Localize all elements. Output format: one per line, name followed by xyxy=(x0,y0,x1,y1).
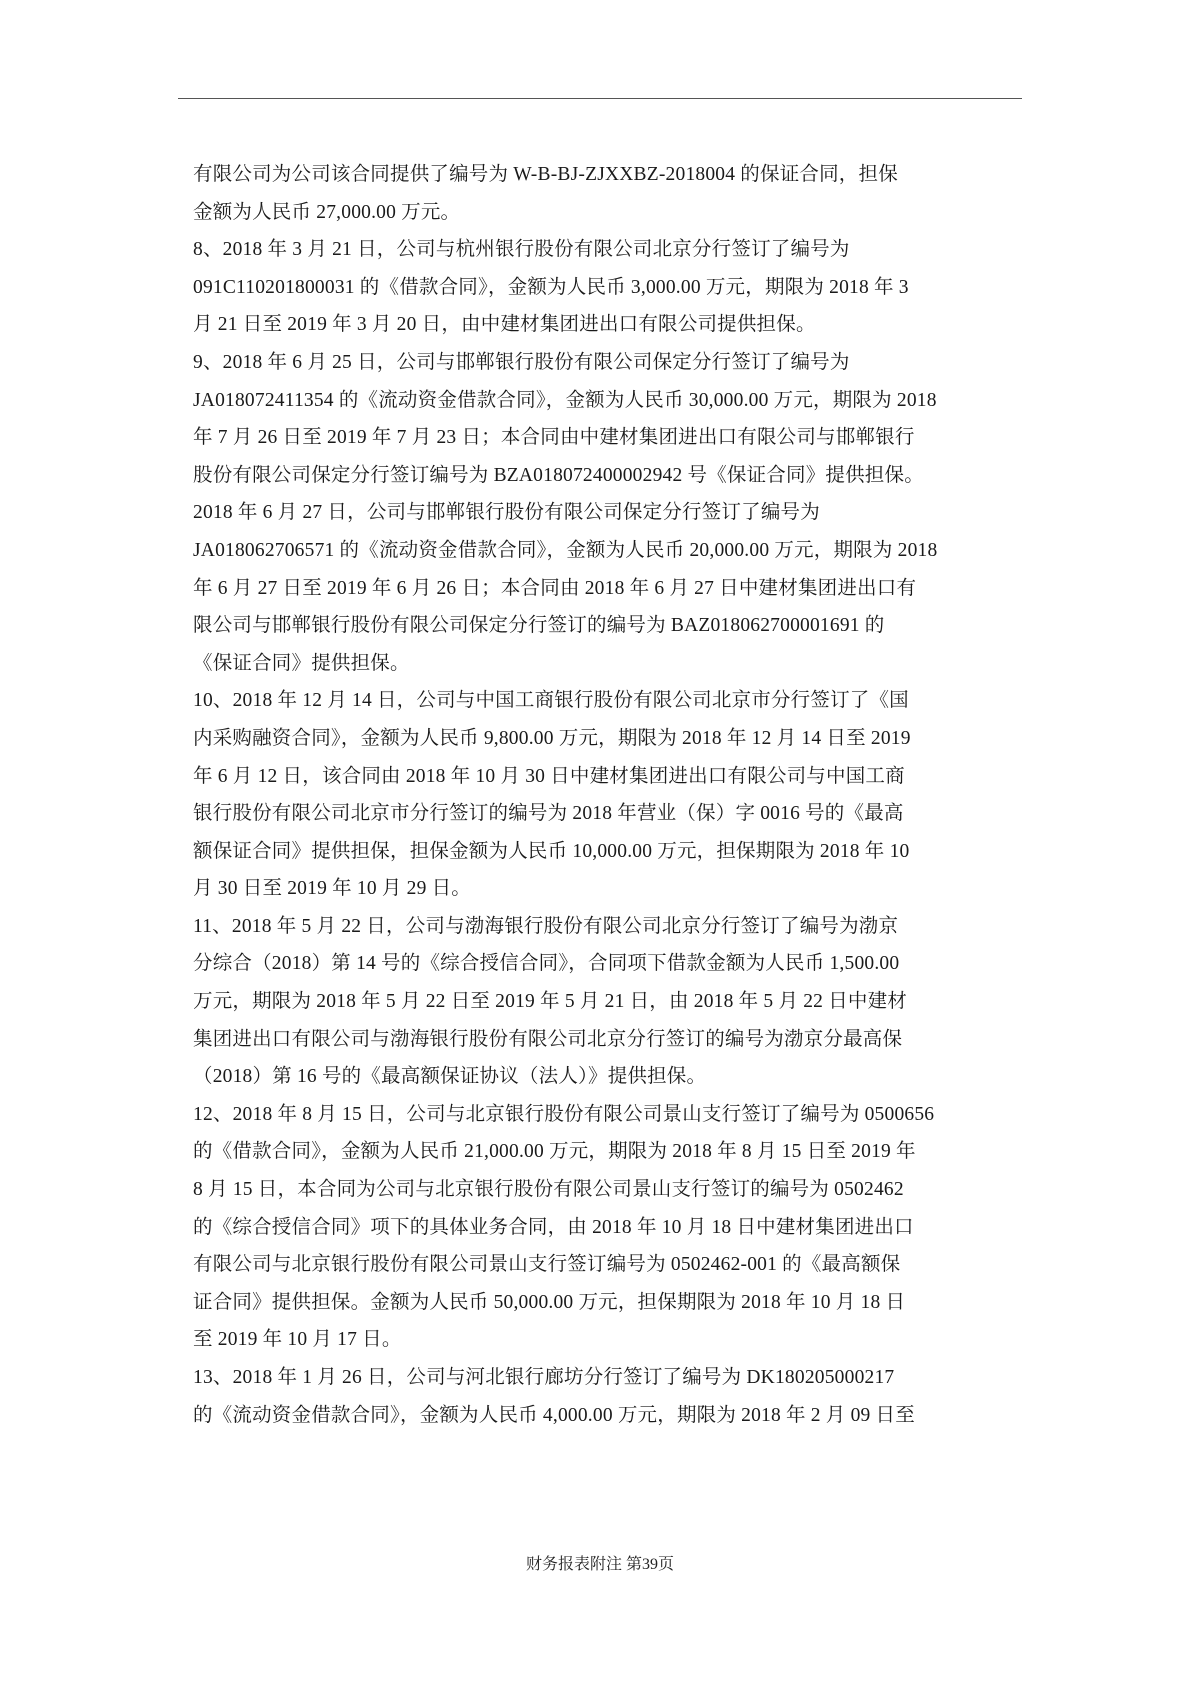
item-13-start: 13、2018 年 1 月 26 日，公司与河北银行廊坊分行签订了编号为 DK1… xyxy=(193,1359,1019,1397)
text-line: 2018 年 6 月 27 日，公司与邯郸银行股份有限公司保定分行签订了编号为 xyxy=(193,494,1019,532)
footer-label: 财务报表附注 xyxy=(526,1556,622,1573)
text-line: 8 月 15 日，本合同为公司与北京银行股份有限公司景山支行签订的编号为 050… xyxy=(193,1171,1019,1209)
header-divider xyxy=(178,98,1022,99)
item-12-start: 12、2018 年 8 月 15 日，公司与北京银行股份有限公司景山支行签订了编… xyxy=(193,1096,1019,1134)
text-line: 年 7 月 26 日至 2019 年 7 月 23 日；本合同由中建材集团进出口… xyxy=(193,419,1019,457)
text-line: 金额为人民币 27,000.00 万元。 xyxy=(193,194,1019,232)
text-line: 091C110201800031 的《借款合同》，金额为人民币 3,000.00… xyxy=(193,269,1019,307)
document-body: 有限公司为公司该合同提供了编号为 W-B-BJ-ZJXXBZ-2018004 的… xyxy=(193,156,1019,1434)
text-line: JA018072411354 的《流动资金借款合同》，金额为人民币 30,000… xyxy=(193,382,1019,420)
item-10-start: 10、2018 年 12 月 14 日，公司与中国工商银行股份有限公司北京市分行… xyxy=(193,682,1019,720)
text-line: 年 6 月 12 日，该合同由 2018 年 10 月 30 日中建材集团进出口… xyxy=(193,758,1019,796)
page-footer: 财务报表附注 第39页 xyxy=(0,1551,1200,1574)
text-line: 的《借款合同》，金额为人民币 21,000.00 万元，期限为 2018 年 8… xyxy=(193,1133,1019,1171)
text-line: 银行股份有限公司北京市分行签订的编号为 2018 年营业（保）字 0016 号的… xyxy=(193,795,1019,833)
text-line: 限公司与邯郸银行股份有限公司保定分行签订的编号为 BAZ018062700001… xyxy=(193,607,1019,645)
text-line: 月 30 日至 2019 年 10 月 29 日。 xyxy=(193,870,1019,908)
item-8-start: 8、2018 年 3 月 21 日，公司与杭州银行股份有限公司北京分行签订了编号… xyxy=(193,231,1019,269)
text-line: 额保证合同》提供担保，担保金额为人民币 10,000.00 万元，担保期限为 2… xyxy=(193,833,1019,871)
text-line: 有限公司与北京银行股份有限公司景山支行签订编号为 0502462-001 的《最… xyxy=(193,1246,1019,1284)
text-line: 内采购融资合同》，金额为人民币 9,800.00 万元，期限为 2018 年 1… xyxy=(193,720,1019,758)
text-line: 分综合（2018）第 14 号的《综合授信合同》，合同项下借款金额为人民币 1,… xyxy=(193,945,1019,983)
text-line: 集团进出口有限公司与渤海银行股份有限公司北京分行签订的编号为渤京分最高保 xyxy=(193,1021,1019,1059)
text-line: 股份有限公司保定分行签订编号为 BZA018072400002942 号《保证合… xyxy=(193,457,1019,495)
item-11-start: 11、2018 年 5 月 22 日，公司与渤海银行股份有限公司北京分行签订了编… xyxy=(193,908,1019,946)
item-9-start: 9、2018 年 6 月 25 日，公司与邯郸银行股份有限公司保定分行签订了编号… xyxy=(193,344,1019,382)
text-line: （2018）第 16 号的《最高额保证协议（法人）》提供担保。 xyxy=(193,1058,1019,1096)
text-line: 至 2019 年 10 月 17 日。 xyxy=(193,1321,1019,1359)
text-line: 万元，期限为 2018 年 5 月 22 日至 2019 年 5 月 21 日，… xyxy=(193,983,1019,1021)
text-line: 有限公司为公司该合同提供了编号为 W-B-BJ-ZJXXBZ-2018004 的… xyxy=(193,156,1019,194)
text-line: 证合同》提供担保。金额为人民币 50,000.00 万元，担保期限为 2018 … xyxy=(193,1284,1019,1322)
text-line: JA018062706571 的《流动资金借款合同》，金额为人民币 20,000… xyxy=(193,532,1019,570)
text-line: 的《综合授信合同》项下的具体业务合同，由 2018 年 10 月 18 日中建材… xyxy=(193,1209,1019,1247)
text-line: 月 21 日至 2019 年 3 月 20 日，由中建材集团进出口有限公司提供担… xyxy=(193,306,1019,344)
text-line: 年 6 月 27 日至 2019 年 6 月 26 日；本合同由 2018 年 … xyxy=(193,570,1019,608)
text-line: 的《流动资金借款合同》，金额为人民币 4,000.00 万元，期限为 2018 … xyxy=(193,1397,1019,1435)
page-number: 第39页 xyxy=(626,1556,674,1573)
text-line: 《保证合同》提供担保。 xyxy=(193,645,1019,683)
